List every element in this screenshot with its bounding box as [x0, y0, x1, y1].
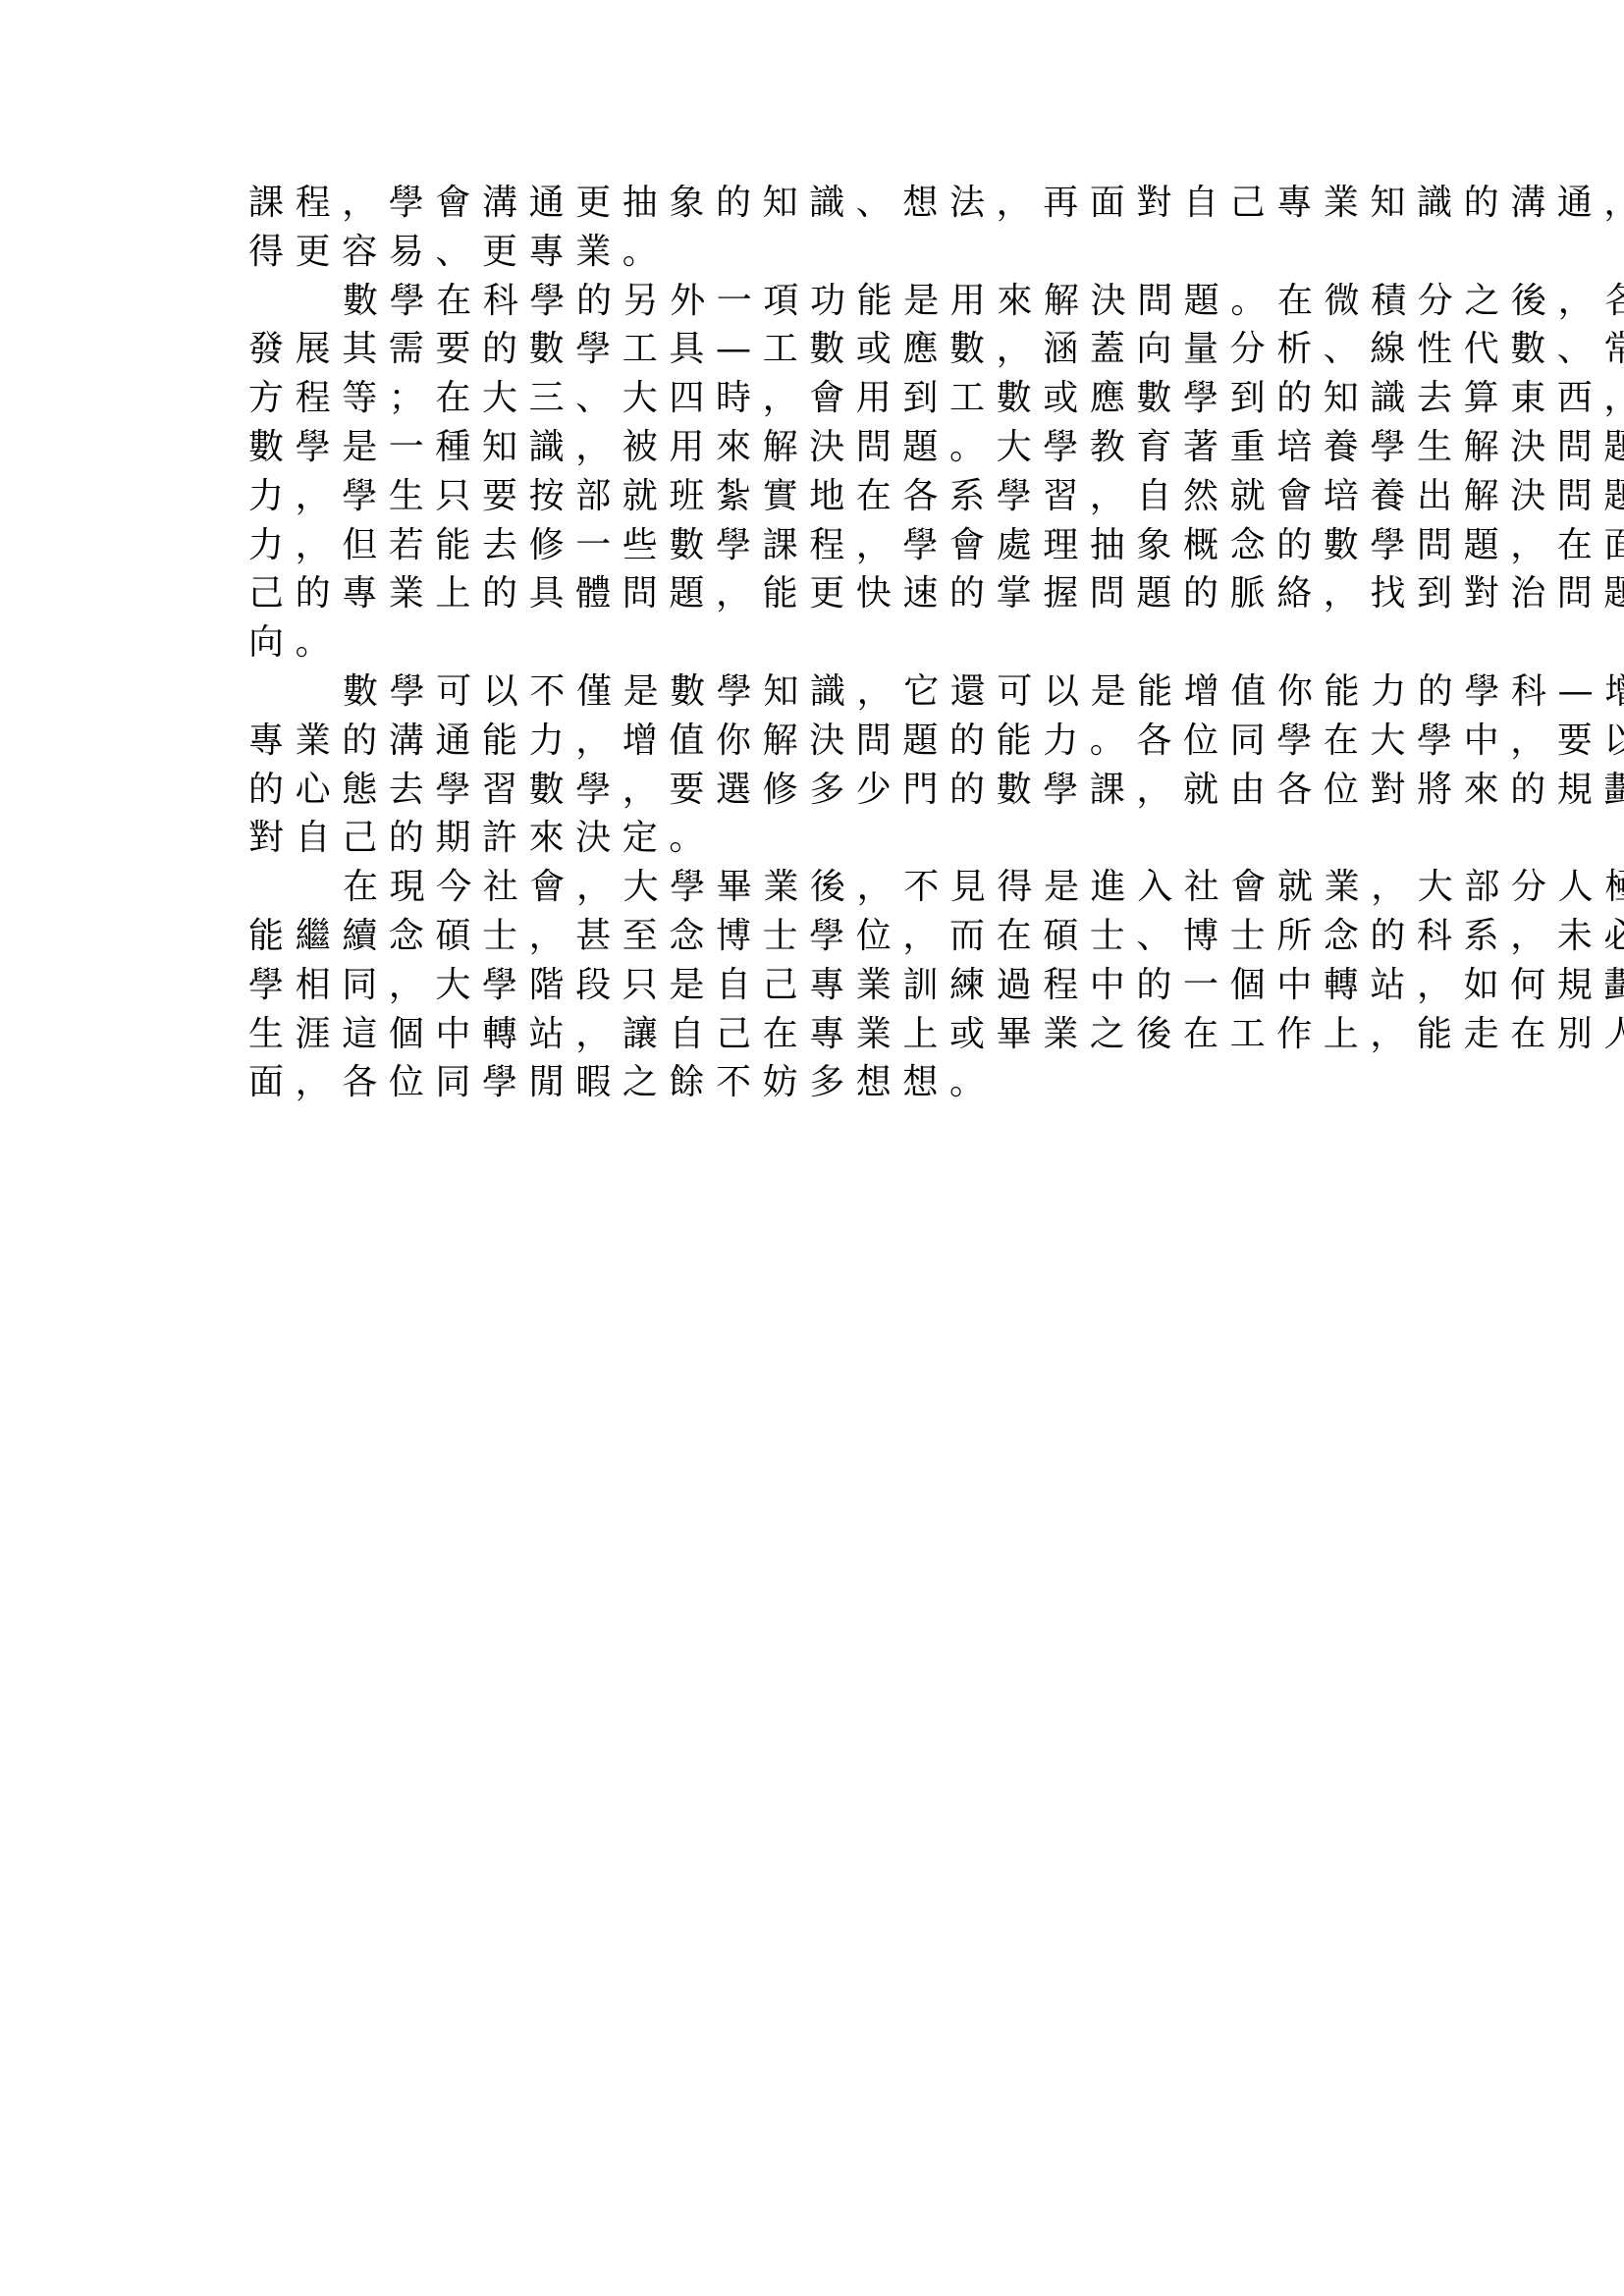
paragraph-4: 在現今社會，大學畢業後，不見得是進入社會就業，大部分人極有可 能繼續念碩士，甚至…: [248, 863, 1380, 1107]
text-line: 對自己的期許來決定。: [248, 814, 1380, 863]
text-line: 專業的溝通能力，增值你解決問題的能力。各位同學在大學中，要以怎樣: [248, 717, 1380, 766]
paragraph-3: 數學可以不僅是數學知識，它還可以是能增值你能力的學科—增值你 專業的溝通能力，增…: [248, 667, 1380, 863]
text-line: 力，但若能去修一些數學課程，學會處理抽象概念的數學問題，在面對自: [248, 521, 1380, 570]
text-line: 得更容易、更專業。: [248, 228, 1380, 277]
text-line: 面，各位同學閒暇之餘不妨多想想。: [248, 1058, 1380, 1107]
text-line: 能繼續念碩士，甚至念博士學位，而在碩士、博士所念的科系，未必與大: [248, 912, 1380, 961]
text-line: 生涯這個中轉站，讓自己在專業上或畢業之後在工作上，能走在別人的前: [248, 1010, 1380, 1059]
text-line-indented: 數學在科學的另外一項功能是用來解決問題。在微積分之後，各系會: [248, 277, 1380, 326]
text-line: 方程等；在大三、大四時，會用到工數或應數學到的知識去算東西，在此: [248, 374, 1380, 423]
text-line: 課程，學會溝通更抽象的知識、想法，再面對自己專業知識的溝通，會變: [248, 179, 1380, 228]
text-line: 發展其需要的數學工具—工數或應數，涵蓋向量分析、線性代數、常微分: [248, 325, 1380, 374]
document-page: 課程，學會溝通更抽象的知識、想法，再面對自己專業知識的溝通，會變 得更容易、更專…: [0, 0, 1624, 2296]
text-line: 力，學生只要按部就班紮實地在各系學習，自然就會培養出解決問題的能: [248, 472, 1380, 521]
text-line: 學相同，大學階段只是自己專業訓練過程中的一個中轉站，如何規劃大學: [248, 961, 1380, 1010]
text-line: 的心態去學習數學，要選修多少門的數學課，就由各位對將來的規劃、與: [248, 766, 1380, 815]
paragraph-1: 課程，學會溝通更抽象的知識、想法，再面對自己專業知識的溝通，會變 得更容易、更專…: [248, 179, 1380, 277]
body-text: 課程，學會溝通更抽象的知識、想法，再面對自己專業知識的溝通，會變 得更容易、更專…: [248, 179, 1380, 1107]
text-line: 己的專業上的具體問題，能更快速的掌握問題的脈絡，找到對治問題的方: [248, 569, 1380, 618]
text-line-indented: 數學可以不僅是數學知識，它還可以是能增值你能力的學科—增值你: [248, 667, 1380, 717]
text-line-indented: 在現今社會，大學畢業後，不見得是進入社會就業，大部分人極有可: [248, 863, 1380, 912]
text-line: 向。: [248, 618, 1380, 667]
paragraph-2: 數學在科學的另外一項功能是用來解決問題。在微積分之後，各系會 發展其需要的數學工…: [248, 277, 1380, 667]
text-line: 數學是一種知識，被用來解決問題。大學教育著重培養學生解決問題的能: [248, 423, 1380, 472]
